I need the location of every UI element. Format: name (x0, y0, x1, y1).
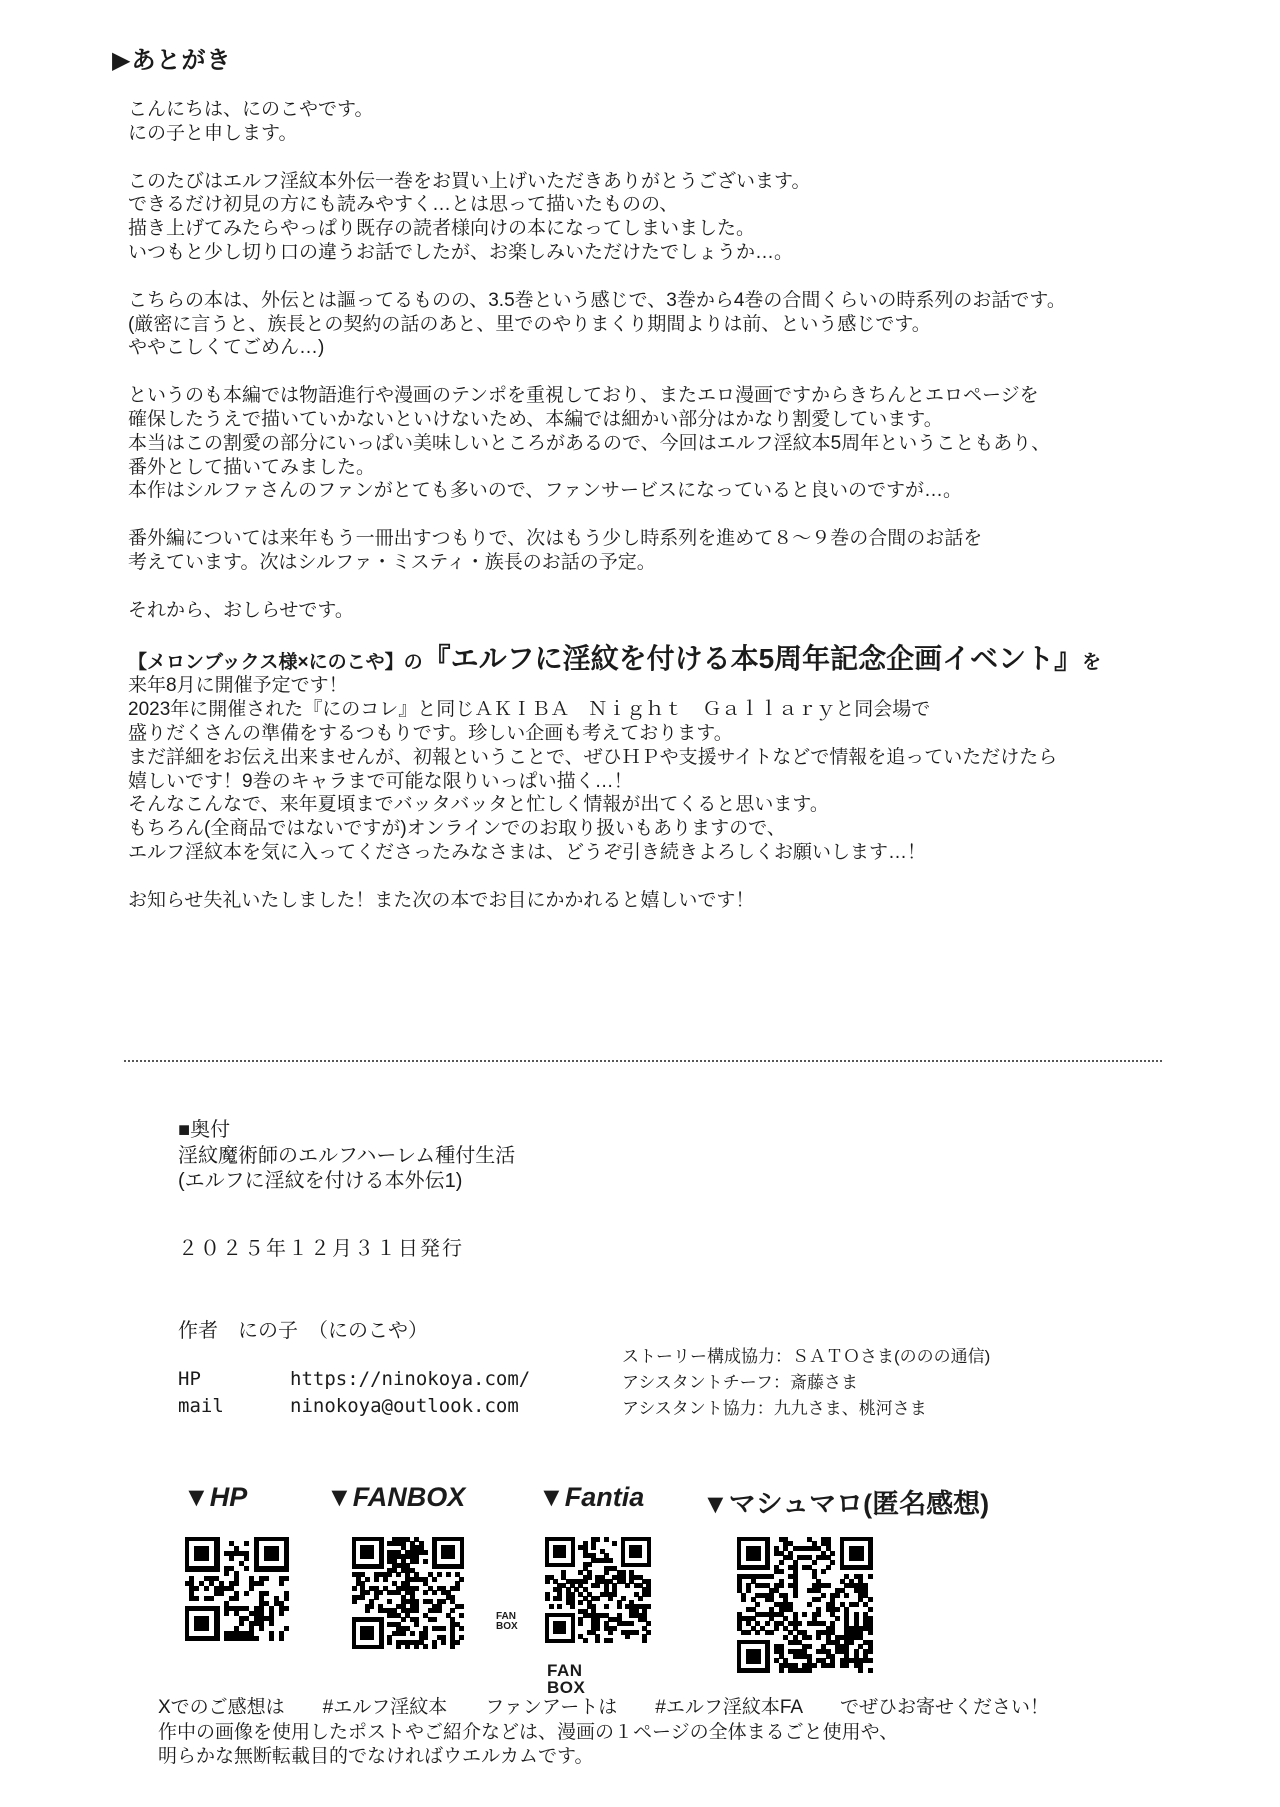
text-line: 考えています。次はシルファ・ミスティ・族長のお話の予定。 (128, 551, 1278, 575)
afterword-paragraph: お知らせ失礼いたしました！また次の本でお目にかかれると嬉しいです！ (128, 889, 1278, 913)
text-line: 本作はシルファさんのファンがとても多いので、ファンサービスになっていると良いので… (128, 479, 1278, 503)
text-line: 番外編については来年もう一冊出すつもりで、次はもう少し時系列を進めて８～９巻の合… (128, 527, 1278, 551)
afterword-page: ▶あとがき こんにちは、にのこやです。にの子と申します。このたびはエルフ淫紋本外… (0, 0, 1280, 1807)
text-line: エルフ淫紋本を気に入ってくださったみなさまは、どうぞ引き続きよろしくお願いします… (128, 841, 1278, 865)
book-subtitle: (エルフに淫紋を付ける本外伝1) (178, 1169, 515, 1195)
text-line: 2023年に開催された『にのコレ』と同じＡＫＩＢＡ Ｎｉｇｈｔ Ｇａｌｌａｒｙと… (128, 698, 1278, 722)
author-line: 作者 にの子 （にのこや） (178, 1314, 428, 1343)
contact-value: ninokoya@outlook.com (290, 1395, 519, 1417)
text-line: こちらの本は、外伝とは謳ってるものの、3.5巻という感じで、3巻から4巻の合間く… (128, 289, 1278, 313)
text-line: お知らせ失礼いたしました！また次の本でお目にかかれると嬉しいです！ (128, 889, 1278, 913)
qr-label-fanbox: ▼FANBOX (326, 1482, 465, 1513)
text-line: それから、おしらせです。 (128, 599, 1278, 623)
qr-code-fanbox (352, 1537, 464, 1649)
book-title: 淫紋魔術師のエルフハーレム種付生活 (178, 1144, 515, 1170)
text-line: 【メロンブックス様×にのこや】の『エルフに淫紋を付ける本5周年記念企画イベント』… (128, 647, 1278, 675)
text-line: まだ詳細をお伝え出来ませんが、初報ということで、ぜひＨＰや支援サイトなどで情報を… (128, 746, 1278, 770)
afterword-paragraph: 番外編については来年もう一冊出すつもりで、次はもう少し時系列を進めて８～９巻の合… (128, 527, 1278, 575)
text-line: できるだけ初見の方にも読みやすく…とは思って描いたものの、 (128, 193, 1278, 217)
credit-line: アシスタントチーフ：斎藤さま (622, 1370, 990, 1396)
text-line: ややこしくてごめん…) (128, 336, 1278, 360)
credit-line: アシスタント協力：九九さま、桃河さま (622, 1396, 990, 1422)
hashtag-note-line: 作中の画像を使用したポストやご紹介などは、漫画の１ページの全体まるごと使用や、 (158, 1721, 1049, 1746)
text-line: いつもと少し切り口の違うお話でしたが、お楽しみいただけたでしょうか…。 (128, 241, 1278, 265)
text-line: 本当はこの割愛の部分にいっぱい美味しいところがあるので、今回はエルフ淫紋本5周年… (128, 432, 1278, 456)
colophon-block: ■奥付 淫紋魔術師のエルフハーレム種付生活 (エルフに淫紋を付ける本外伝1) (178, 1118, 515, 1195)
event-announce-text: 【メロンブックス様×にのこや】の (128, 652, 423, 673)
qr-code-marshmallow (737, 1537, 873, 1673)
text-line: このたびはエルフ淫紋本外伝一巻をお買い上げいただきありがとうございます。 (128, 170, 1278, 194)
text-line: (厳密に言うと、族長との契約の話のあと、里でのやりまくり期間よりは前、という感じ… (128, 313, 1278, 337)
publish-date: ２０２５年１２月３１日発行 (178, 1232, 464, 1261)
afterword-paragraph: 【メロンブックス様×にのこや】の『エルフに淫紋を付ける本5周年記念企画イベント』… (128, 647, 1278, 865)
afterword-paragraph: というのも本編では物語進行や漫画のテンポを重視しており、またエロ漫画ですからきち… (128, 384, 1278, 503)
contact-label: HP (178, 1366, 290, 1393)
text-line: にの子と申します。 (128, 122, 1278, 146)
hashtag-note-line: Xでのご感想は #エルフ淫紋本 ファンアートは #エルフ淫紋本FA でぜひお寄せ… (158, 1696, 1049, 1721)
colophon-credits: ストーリー構成協力：ＳＡＴＯさま(ののの通信)アシスタントチーフ：斎藤さまアシス… (622, 1344, 990, 1422)
contact-label: mail (178, 1393, 290, 1420)
text-line: 描き上げてみたらやっぱり既存の読者様向けの本になってしまいました。 (128, 217, 1278, 241)
hashtag-note: Xでのご感想は #エルフ淫紋本 ファンアートは #エルフ淫紋本FA でぜひお寄せ… (158, 1696, 1049, 1770)
contact-row: mailninokoya@outlook.com (178, 1393, 530, 1420)
text-line: 盛りだくさんの準備をするつもりです。珍しい企画も考えております。 (128, 722, 1278, 746)
event-title-emphasis: 『エルフに淫紋を付ける本5周年記念企画イベント』 (423, 643, 1083, 674)
text-line: 来年8月に開催予定です！ (128, 674, 1278, 698)
fanbox-logo-text: FAN BOX (547, 1662, 585, 1696)
qr-code-hp (185, 1537, 289, 1641)
text-line: 嬉しいです！9巻のキャラまで可能な限りいっぱい描く…！ (128, 770, 1278, 794)
contact-row: HPhttps://ninokoya.com/ (178, 1366, 530, 1393)
event-announce-text: を (1082, 652, 1101, 673)
afterword-paragraph: こんにちは、にのこやです。にの子と申します。 (128, 98, 1278, 146)
text-line: こんにちは、にのこやです。 (128, 98, 1278, 122)
qr-label-hp: ▼HP (183, 1482, 247, 1513)
text-line: 確保したうえで描いていかないといけないため、本編では細かい部分はかなり割愛してい… (128, 408, 1278, 432)
page-title: ▶あとがき (112, 40, 231, 75)
afterword-paragraph: それから、おしらせです。 (128, 599, 1278, 623)
dotted-divider (124, 1060, 1162, 1062)
hashtag-note-line: 明らかな無断転載目的でなければウエルカムです。 (158, 1745, 1049, 1770)
text-line: もちろん(全商品ではないですが)オンラインでのお取り扱いもありますので、 (128, 817, 1278, 841)
contact-value: https://ninokoya.com/ (290, 1368, 530, 1390)
afterword-paragraph: こちらの本は、外伝とは謳ってるものの、3.5巻という感じで、3巻から4巻の合間く… (128, 289, 1278, 360)
credit-line: ストーリー構成協力：ＳＡＴＯさま(ののの通信) (622, 1344, 990, 1370)
colophon-contacts: HPhttps://ninokoya.com/mailninokoya@outl… (178, 1366, 530, 1420)
qr-code-fantia (545, 1537, 651, 1643)
afterword-paragraph: このたびはエルフ淫紋本外伝一巻をお買い上げいただきありがとうございます。できるだ… (128, 170, 1278, 265)
colophon-heading: ■奥付 (178, 1118, 515, 1144)
text-line: そんなこんなで、来年夏頃までバッタバッタと忙しく情報が出てくると思います。 (128, 793, 1278, 817)
fanbox-logo-text: FAN BOX (496, 1612, 518, 1632)
afterword-body: こんにちは、にのこやです。にの子と申します。このたびはエルフ淫紋本外伝一巻をお買… (128, 98, 1278, 937)
text-line: というのも本編では物語進行や漫画のテンポを重視しており、またエロ漫画ですからきち… (128, 384, 1278, 408)
text-line: 番外として描いてみました。 (128, 456, 1278, 480)
qr-label-fantia: ▼Fantia (538, 1482, 644, 1513)
qr-label-marshmallow: ▼マシュマロ(匿名感想) (702, 1482, 989, 1521)
